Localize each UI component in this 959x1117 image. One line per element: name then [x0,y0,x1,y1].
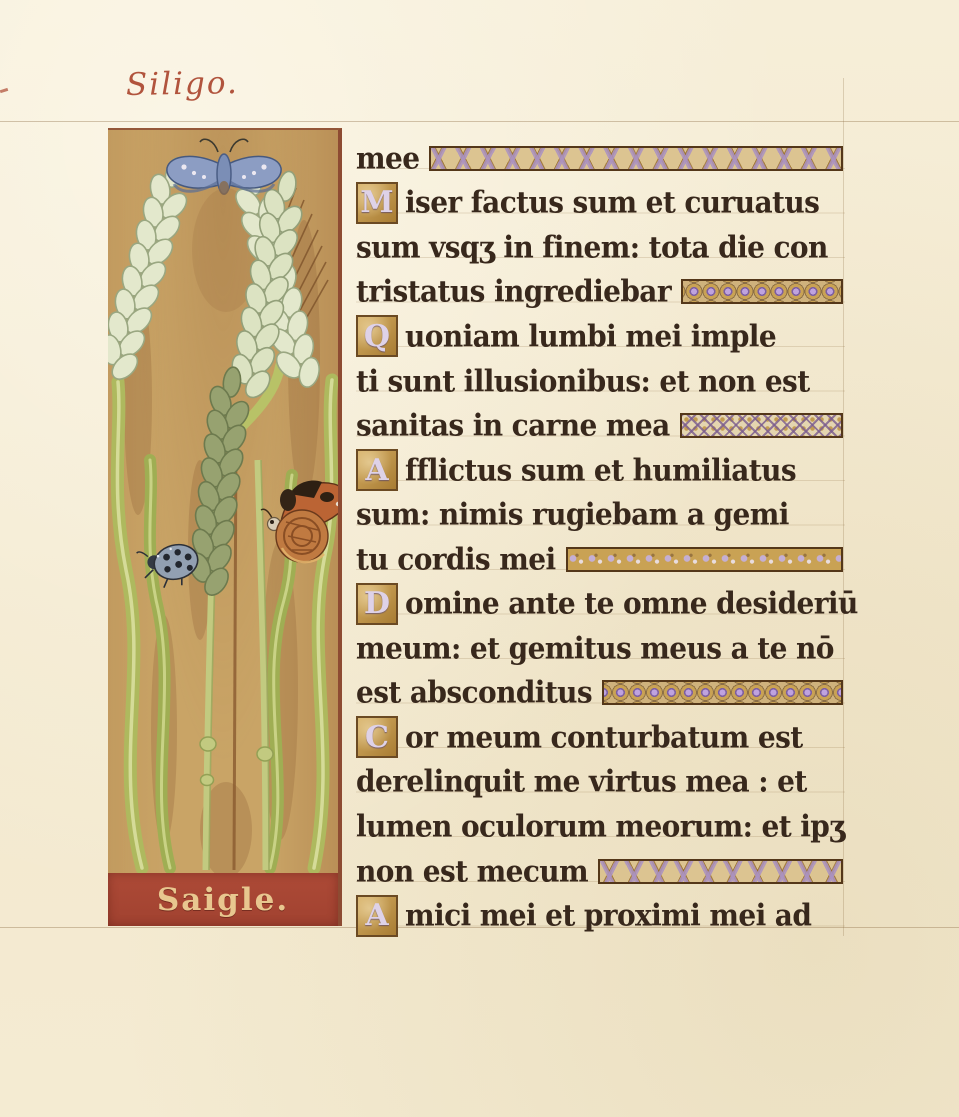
illuminated-initial: D [356,583,398,625]
text-line: M iser factus sum et curuatus [356,181,845,226]
line-filler [681,279,843,304]
line-filler [602,680,843,705]
text-line: C or meum conturbatum est [356,715,845,760]
botanical-panel: Saigle. [108,128,342,926]
illuminated-initial: A [356,895,398,937]
line-filler [680,413,843,438]
illuminated-initial: M [356,182,398,224]
rye-illustration [108,130,338,875]
text-line: non est mecum [356,849,845,894]
text-line: mee [356,136,845,181]
text-line: derelinquit me virtus mea : et [356,760,845,805]
text-line: D omine ante te omne desideriū [356,581,845,626]
text-line: A mici mei et proximi mei ad [356,893,845,938]
text-line: est absconditus [356,671,845,716]
illuminated-initial: Q [356,315,398,357]
text-line: sanitas in carne mea [356,403,845,448]
text-line: tristatus ingrediebar [356,270,845,315]
rubric-title: Siligo. [126,65,239,103]
text-line: meum: et gemitus meus a te nō [356,626,845,671]
text-line: A fflictus sum et humiliatus [356,448,845,493]
text-line: Q uoniam lumbi mei imple [356,314,845,359]
text-line: lumen oculorum meorum: et ipʒ [356,804,845,849]
ruling-line-top [0,121,959,122]
margin-mark [0,88,8,93]
text-line: sum: nimis rugiebam a gemi [356,492,845,537]
text-line: ti sunt illusionibus: et non est [356,359,845,404]
line-filler [429,146,843,171]
illuminated-initial: A [356,449,398,491]
line-filler [566,547,843,572]
text-line: sum vsqʒ in finem: tota die con [356,225,845,270]
psalm-text-block: mee M iser factus sum et curuatus sum vs… [356,136,845,938]
text-line: tu cordis mei [356,537,845,582]
caption-label: Saigle. [157,882,289,918]
line-filler [598,859,843,884]
moth-icon [167,139,281,195]
manuscript-page: Siligo. [0,0,959,1117]
caption-band: Saigle. [108,873,338,926]
illuminated-initial: C [356,716,398,758]
